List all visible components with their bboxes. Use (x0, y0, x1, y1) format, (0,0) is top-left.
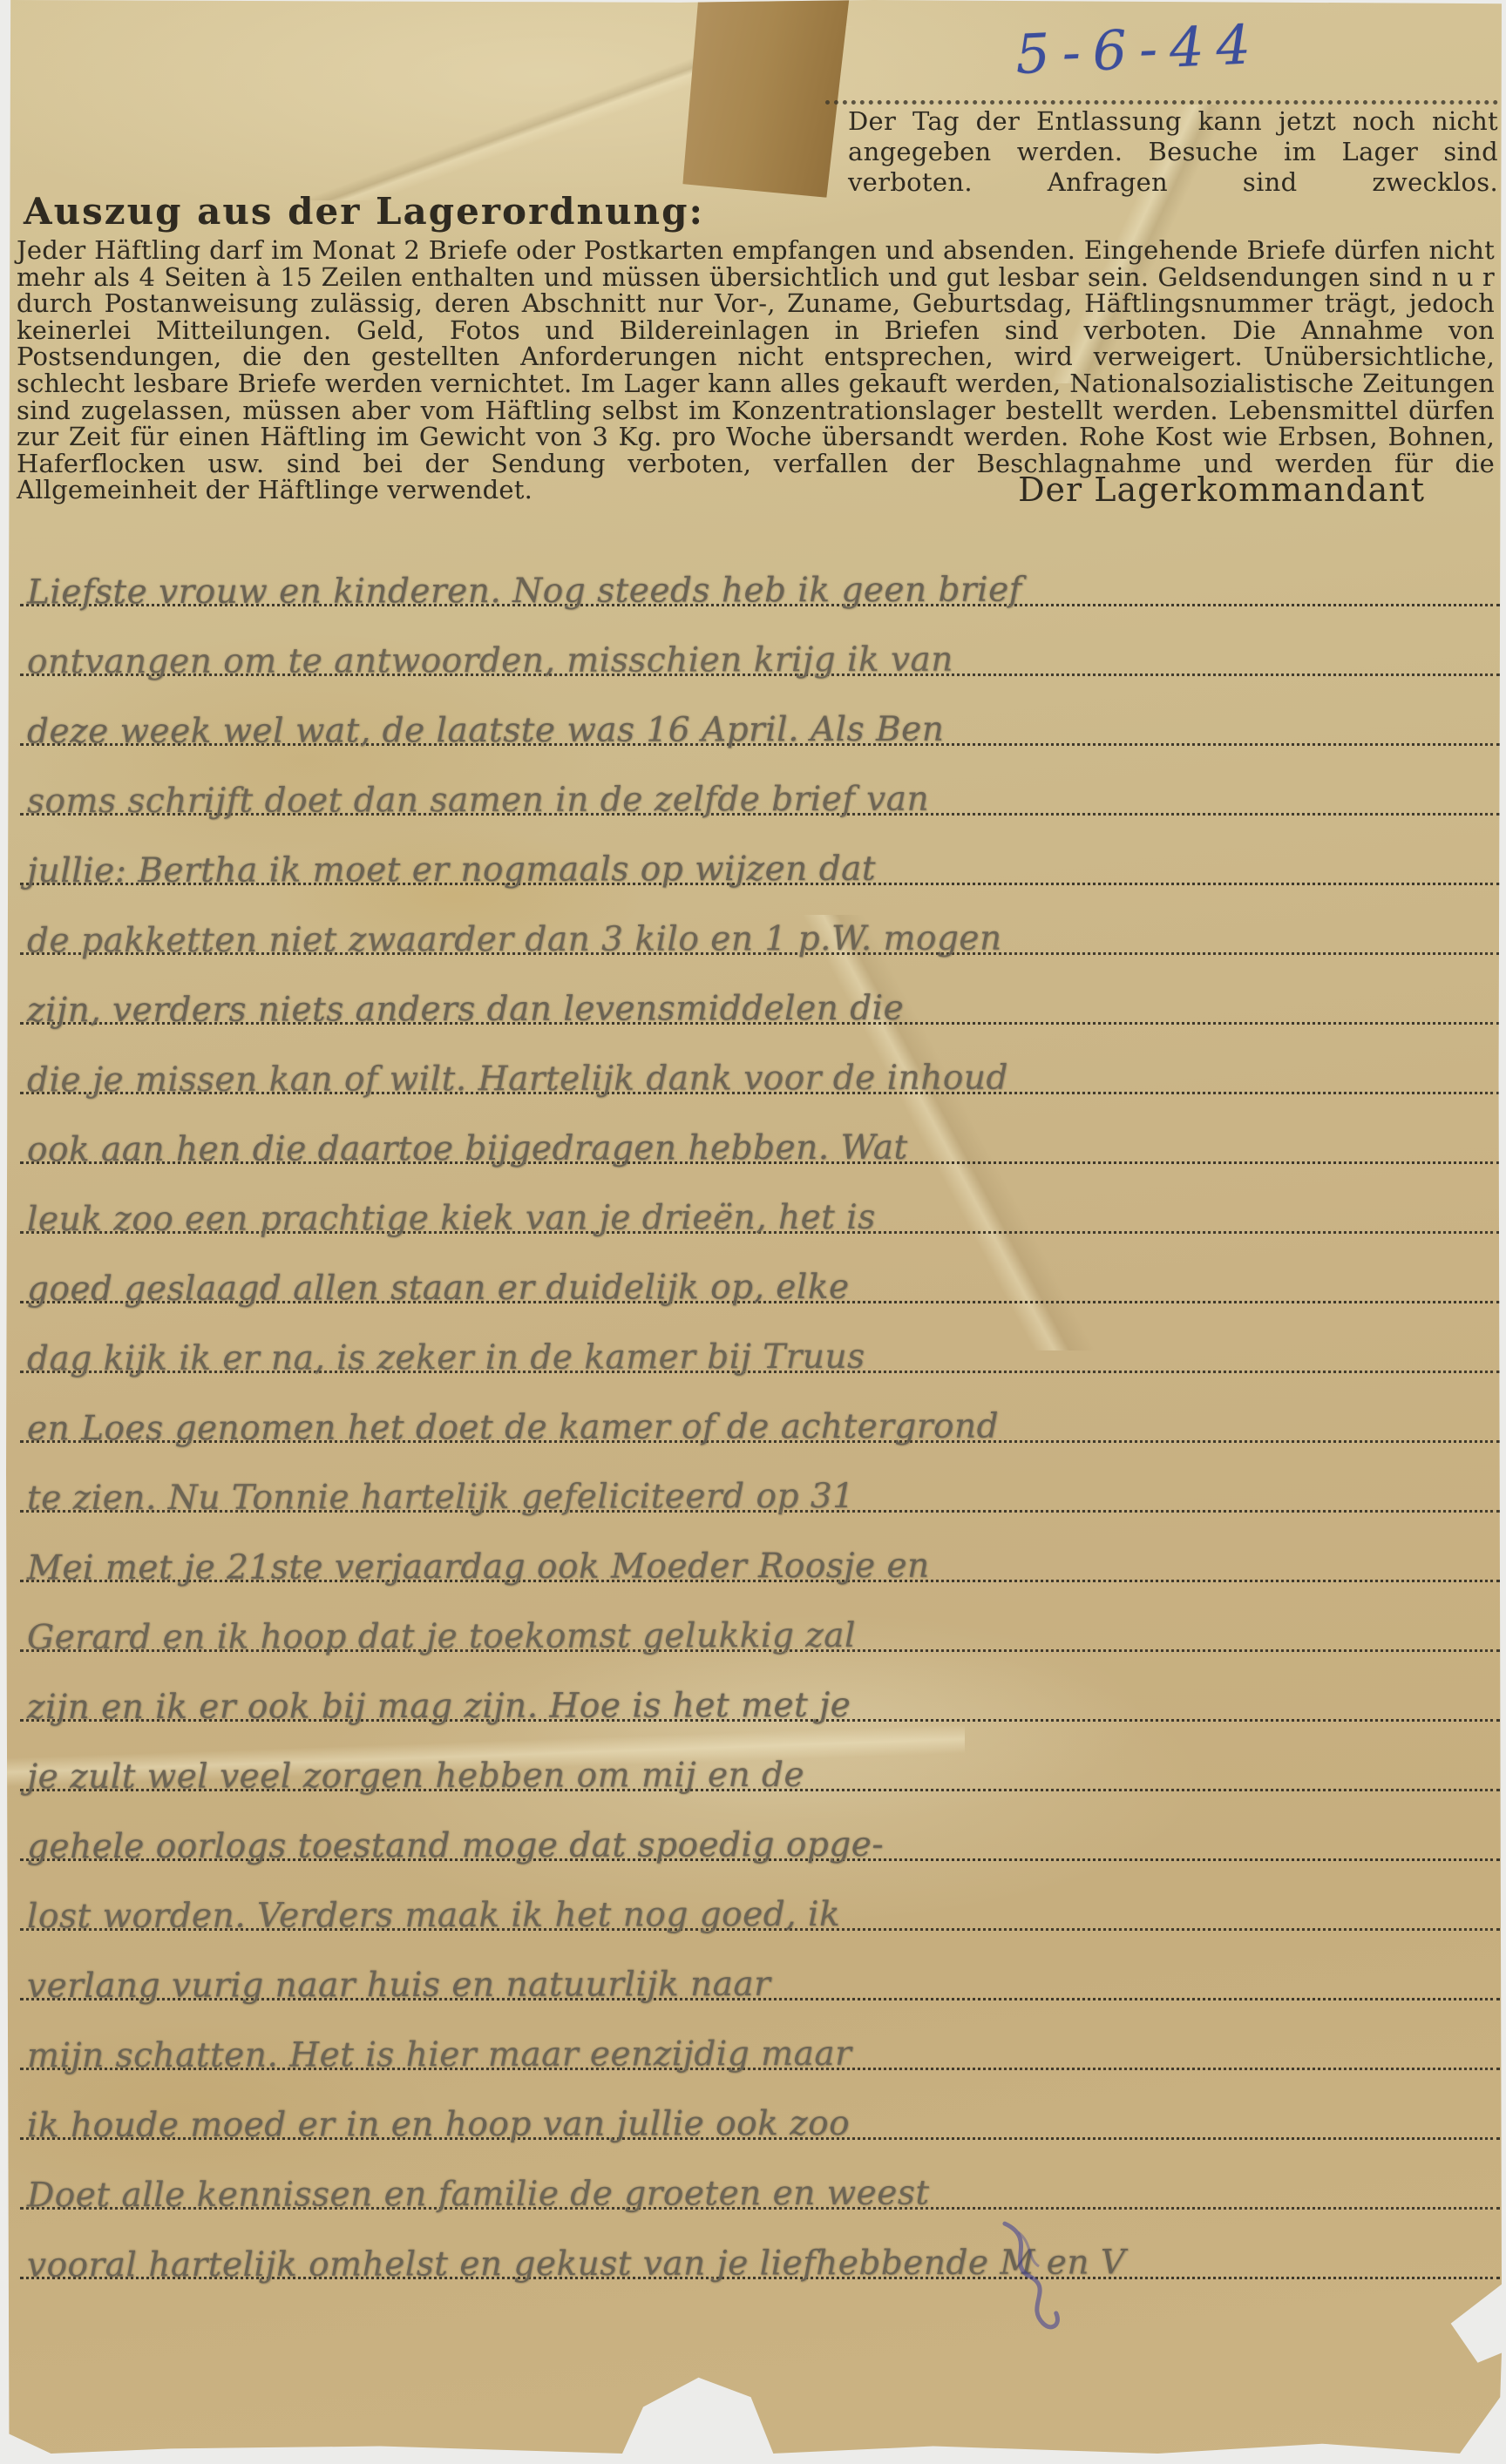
letter-line: zijn en ik er ook bij mag zijn. Hoe is h… (20, 1652, 1500, 1722)
letter-line: je zult wel veel zorgen hebben om mij en… (20, 1722, 1500, 1791)
date-block: 5-6-44 (825, 10, 1498, 105)
lagerordnung-heading: Auszug aus der Lagerordnung: (24, 190, 704, 233)
lagerordnung-rules-paragraph: Jeder Häftling darf im Monat 2 Briefe od… (17, 237, 1495, 504)
letter-line: Mei met je 21ste verjaardag ook Moeder R… (20, 1513, 1500, 1582)
letter-line: jullie: Bertha ik moet er nogmaals op wi… (20, 816, 1500, 885)
handwritten-letter: Liefste vrouw en kinderen. Nog steeds he… (6, 537, 1506, 2279)
letter-line: soms schrijft doet dan samen in de zelfd… (20, 746, 1500, 816)
letter-line: gehele oorlogs toestand moge dat spoedig… (20, 1791, 1500, 1861)
letter-form-scan: 5-6-44 Der Tag der Entlassung kann jetzt… (6, 0, 1502, 2454)
letter-line: lost worden. Verders maak ik het nog goe… (20, 1861, 1500, 1931)
letter-line: Doet alle kennissen en familie de groete… (20, 2140, 1500, 2210)
letter-line: leuk zoo een prachtige kiek van je drieë… (20, 1164, 1500, 1234)
handwritten-date: 5-6-44 (929, 9, 1350, 91)
lagerkommandant-signature: Der Lagerkommandant (1018, 470, 1425, 509)
letter-line: de pakketten niet zwaarder dan 3 kilo en… (20, 885, 1500, 955)
blue-ink-scribble (952, 2203, 1116, 2353)
date-rule-line (825, 100, 1498, 105)
letter-line: vooral hartelijk omhelst en gekust van j… (20, 2210, 1500, 2279)
letter-line: ook aan hen die daartoe bijgedragen hebb… (20, 1094, 1500, 1164)
letter-line: zijn, verders niets anders dan levensmid… (20, 955, 1500, 1025)
letter-line: Gerard en ik hoop dat je toekomst gelukk… (20, 1582, 1500, 1652)
letter-line: te zien. Nu Tonnie hartelijk gefelicitee… (20, 1443, 1500, 1513)
letter-line: dag kijk ik er na, is zeker in de kamer … (20, 1303, 1500, 1373)
letter-line: ontvangen om te antwoorden, misschien kr… (20, 606, 1500, 676)
letter-line: mijn schatten. Het is hier maar eenzijdi… (20, 2000, 1500, 2070)
release-notice-text: Der Tag der Entlassung kann jetzt noch n… (848, 106, 1498, 228)
letter-line: deze week wel wat, de laatste was 16 Apr… (20, 676, 1500, 746)
letter-line: die je missen kan of wilt. Hartelijk dan… (20, 1025, 1500, 1094)
letter-line: goed geslaagd allen staan er duidelijk o… (20, 1234, 1500, 1303)
letter-line: en Loes genomen het doet de kamer of de … (20, 1373, 1500, 1443)
letter-line: ik houde moed er in en hoop van jullie o… (20, 2070, 1500, 2140)
letter-line: Liefste vrouw en kinderen. Nog steeds he… (20, 537, 1500, 606)
letter-line: verlang vurig naar huis en natuurlijk na… (20, 1931, 1500, 2000)
